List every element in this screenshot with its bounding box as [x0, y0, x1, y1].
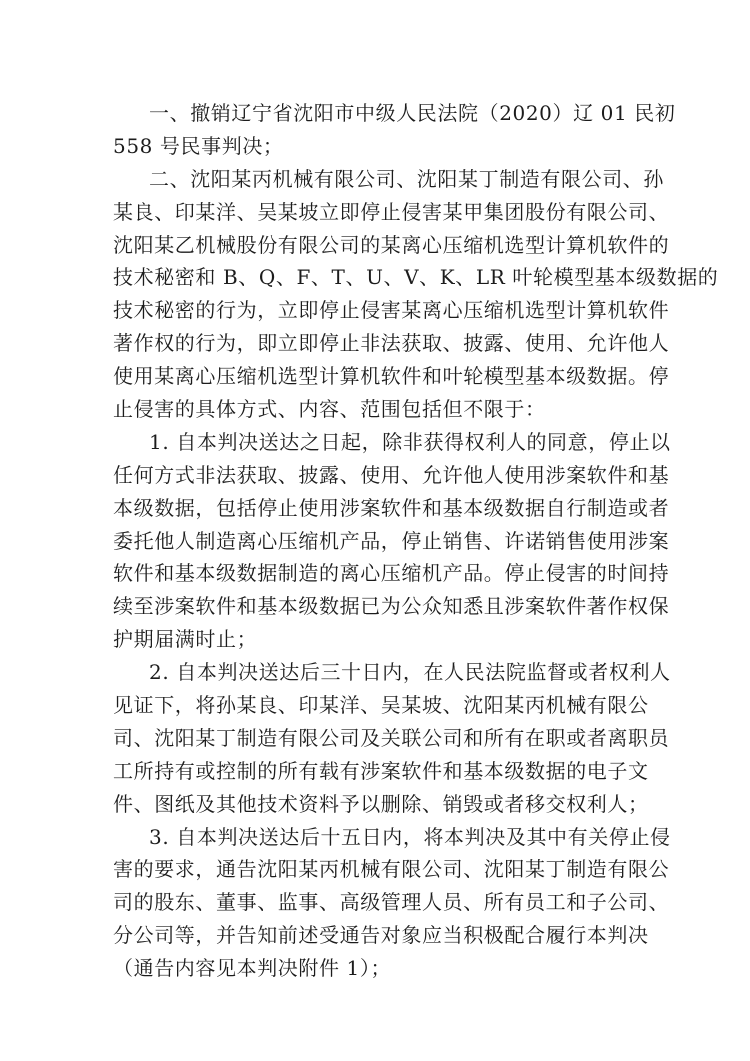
paragraph-line: 沈阳某乙机械股份有限公司的某离心压缩机选型计算机软件的: [113, 229, 633, 262]
document-page: 一、撤销辽宁省沈阳市中级人民法院（2020）辽 01 民初 558 号民事判决；…: [0, 0, 750, 1061]
paragraph-line: 技术秘密和 B、Q、F、T、U、V、K、LR 叶轮模型基本级数据的: [113, 261, 633, 294]
document-body: 一、撤销辽宁省沈阳市中级人民法院（2020）辽 01 民初 558 号民事判决；…: [113, 97, 633, 985]
paragraph-line: 558 号民事判决；: [113, 130, 633, 163]
paragraph-line: 止侵害的具体方式、内容、范围包括但不限于：: [113, 393, 633, 426]
paragraph-line: 使用某离心压缩机选型计算机软件和叶轮模型基本级数据。停: [113, 360, 633, 393]
paragraph-line: 二、沈阳某丙机械有限公司、沈阳某丁制造有限公司、孙: [113, 163, 633, 196]
paragraph-line: 软件和基本级数据制造的离心压缩机产品。停止侵害的时间持: [113, 557, 633, 590]
paragraph-line: 技术秘密的行为，立即停止侵害某离心压缩机选型计算机软件: [113, 294, 633, 327]
paragraph-line: 委托他人制造离心压缩机产品，停止销售、许诺销售使用涉案: [113, 525, 633, 558]
paragraph-line: 一、撤销辽宁省沈阳市中级人民法院（2020）辽 01 民初: [113, 97, 633, 130]
paragraph-line: 护期届满时止；: [113, 623, 633, 656]
paragraph-line: 1. 自本判决送达之日起，除非获得权利人的同意，停止以: [113, 426, 633, 459]
paragraph-item-1: 1. 自本判决送达之日起，除非获得权利人的同意，停止以 任何方式非法获取、披露、…: [113, 426, 633, 656]
paragraph-line: 件、图纸及其他技术资料予以删除、销毁或者移交权利人；: [113, 788, 633, 821]
paragraph-line: 2. 自本判决送达后三十日内，在人民法院监督或者权利人: [113, 656, 633, 689]
paragraph-line: 著作权的行为，即立即停止非法获取、披露、使用、允许他人: [113, 327, 633, 360]
paragraph-item-3: 3. 自本判决送达后十五日内，将本判决及其中有关停止侵 害的要求，通告沈阳某丙机…: [113, 821, 633, 985]
paragraph-line: 续至涉案软件和基本级数据已为公众知悉且涉案软件著作权保: [113, 590, 633, 623]
paragraph-line: 工所持有或控制的所有载有涉案软件和基本级数据的电子文: [113, 755, 633, 788]
paragraph-line: 分公司等，并告知前述受通告对象应当积极配合履行本判决: [113, 919, 633, 952]
paragraph-line: 害的要求，通告沈阳某丙机械有限公司、沈阳某丁制造有限公: [113, 853, 633, 886]
paragraph-line: 本级数据，包括停止使用涉案软件和基本级数据自行制造或者: [113, 492, 633, 525]
paragraph-ruling-1: 一、撤销辽宁省沈阳市中级人民法院（2020）辽 01 民初 558 号民事判决；: [113, 97, 633, 163]
paragraph-line: 任何方式非法获取、披露、使用、允许他人使用涉案软件和基: [113, 459, 633, 492]
paragraph-line: 司、沈阳某丁制造有限公司及关联公司和所有在职或者离职员: [113, 722, 633, 755]
paragraph-item-2: 2. 自本判决送达后三十日内，在人民法院监督或者权利人 见证下，将孙某良、印某洋…: [113, 656, 633, 820]
paragraph-ruling-2: 二、沈阳某丙机械有限公司、沈阳某丁制造有限公司、孙 某良、印某洋、吴某坡立即停止…: [113, 163, 633, 426]
paragraph-line: 司的股东、董事、监事、高级管理人员、所有员工和子公司、: [113, 886, 633, 919]
paragraph-line: 某良、印某洋、吴某坡立即停止侵害某甲集团股份有限公司、: [113, 196, 633, 229]
paragraph-line: （通告内容见本判决附件 1）；: [113, 952, 633, 985]
paragraph-line: 见证下，将孙某良、印某洋、吴某坡、沈阳某丙机械有限公: [113, 689, 633, 722]
paragraph-line: 3. 自本判决送达后十五日内，将本判决及其中有关停止侵: [113, 821, 633, 854]
